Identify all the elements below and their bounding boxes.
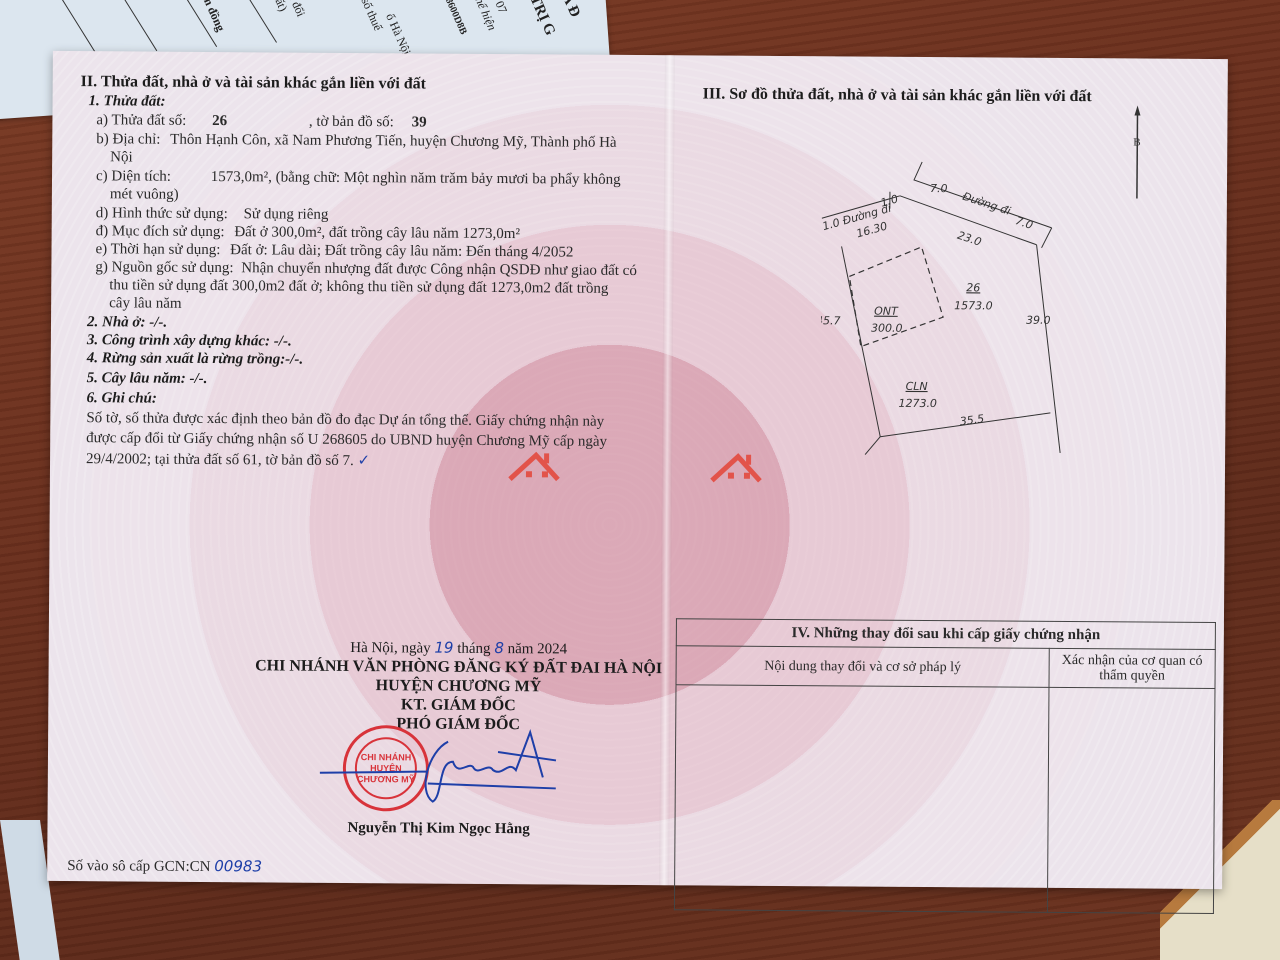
- forest-item: 4. Rừng sản xuất là rừng trồng:-/-.: [87, 350, 303, 369]
- book-number-label: Số vào sô cấp GCN:CN: [67, 858, 210, 875]
- land-use-certificate: II. Thửa đất, nhà ở và tài sản khác gắn …: [47, 51, 1228, 889]
- handwritten-signature-icon: [318, 721, 559, 813]
- address-row: b) Địa chỉ: Thôn Hạnh Côn, xã Nam Phương…: [96, 131, 616, 152]
- certificate-book-number: Số vào sô cấp GCN:CN 00983: [67, 856, 262, 876]
- svg-text:39.0: 39.0: [1026, 314, 1051, 327]
- address-value: Thôn Hạnh Côn, xã Nam Phương Tiến, huyện…: [170, 132, 617, 151]
- plot-number-row: a) Thửa đất số: 26 , tờ bản đồ số: 39: [96, 112, 426, 131]
- change-content-cell: [674, 685, 1049, 913]
- svg-text:300.0: 300.0: [871, 322, 903, 335]
- invoice-fragment: Mã số thuế: [350, 0, 385, 33]
- term-row: e) Thời hạn sử dụng: Đất ở: Lâu dài; Đất…: [95, 241, 573, 261]
- left-page: II. Thửa đất, nhà ở và tài sản khác gắn …: [47, 51, 673, 885]
- invoice-rule: [33, 0, 97, 55]
- invoice-fragment: HÓA Đ: [548, 0, 583, 20]
- perennial-item: 5. Cây lâu năm: -/-.: [87, 370, 208, 388]
- area-value: 1573,0m², (bằng chữ: Một nghìn năm trăm …: [211, 169, 621, 188]
- area-label: c) Diện tích:: [96, 168, 171, 185]
- right-page: III. Sơ đồ thửa đất, nhà ở và tài sản kh…: [667, 55, 1228, 889]
- invoice-rule: [93, 0, 157, 51]
- plot-number-label: a) Thửa đất số:: [96, 112, 186, 129]
- issue-month: 8: [494, 639, 504, 657]
- month-label: tháng: [457, 641, 490, 657]
- issuing-office: CHI NHÁNH VĂN PHÒNG ĐĂNG KÝ ĐẤT ĐAI HÀ N…: [229, 656, 689, 678]
- map-sheet-label: , tờ bản đồ số:: [309, 114, 394, 131]
- term-label: e) Thời hạn sử dụng:: [95, 241, 220, 258]
- usage-form-label: d) Hình thức sử dụng:: [96, 205, 228, 222]
- invoice-fragment: 00DE68600D8B: [431, 0, 469, 36]
- term-value: Đất ở: Lâu dài; Đất trồng cây lâu năm: Đ…: [230, 242, 573, 260]
- invoice-fragment: hàn đồng: [195, 0, 228, 34]
- address-continuation: Nội: [110, 149, 133, 166]
- origin-continuation-1: thu tiền sử dụng đất 300,0m2 đất ở; khôn…: [109, 277, 608, 297]
- issue-day: 19: [434, 639, 453, 657]
- section-II-title: II. Thửa đất, nhà ở và tài sản khác gắn …: [81, 73, 426, 93]
- purpose-value: Đất ở 300,0m², đất trồng cây lâu năm 127…: [234, 224, 520, 242]
- svg-text:1273.0: 1273.0: [898, 397, 937, 410]
- purpose-label: đ) Mục đích sử dụng:: [96, 223, 225, 240]
- svg-text:23.0: 23.0: [956, 229, 983, 249]
- house-logo-watermark-icon: [508, 449, 568, 489]
- invoice-fragment: ố Hà Nội: [382, 11, 414, 57]
- origin-label: g) Nguồn gốc sử dụng:: [95, 259, 233, 276]
- address-label: b) Địa chỉ:: [96, 131, 160, 147]
- column-header-change-content: Nội dung thay đổi và cơ sở pháp lý: [676, 646, 1049, 688]
- area-continuation: mét vuông): [110, 186, 179, 203]
- map-sheet-number: 39: [412, 114, 427, 130]
- authority-confirmation-cell: [1047, 687, 1215, 913]
- other-works-item: 3. Công trình xây dựng khác: -/-.: [87, 332, 292, 350]
- signer-name: Nguyễn Thị Kim Ngọc Hằng: [347, 820, 529, 838]
- svg-text:26: 26: [966, 281, 980, 294]
- notes-heading: 6. Ghi chú:: [86, 390, 157, 407]
- origin-value: Nhận chuyển nhượng đất được Công nhận QS…: [241, 260, 637, 279]
- parcel-diagram: 1.0 Đường đi 1.0 7.0 Đường đi 7.0 16.30 …: [820, 136, 1222, 479]
- invoice-fragment: GIÁ TRỊ G: [512, 0, 558, 38]
- house-item: 2. Nhà ở: -/-.: [87, 314, 167, 332]
- svg-text:7.0: 7.0: [1014, 214, 1035, 232]
- plot-number: 26: [212, 113, 227, 129]
- section-IV-title: IV. Những thay đổi sau khi cấp giấy chứn…: [676, 619, 1215, 650]
- changes-table: IV. Những thay đổi sau khi cấp giấy chứn…: [674, 618, 1216, 914]
- svg-text:45.7: 45.7: [820, 314, 841, 327]
- signature-block: Hà Nội, ngày 19 tháng 8 năm 2024 CHI NHÁ…: [228, 637, 689, 735]
- land-plot-heading: 1. Thửa đất:: [88, 93, 165, 111]
- date-prefix: Hà Nội, ngày: [350, 640, 431, 657]
- origin-continuation-2: cây lâu năm: [109, 295, 182, 313]
- svg-text:Đường đi: Đường đi: [961, 190, 1012, 218]
- section-III-title: III. Sơ đồ thửa đất, nhà ở và tài sản kh…: [703, 85, 1092, 106]
- svg-text:ONT: ONT: [874, 305, 899, 318]
- svg-text:CLN: CLN: [906, 380, 928, 393]
- column-header-authority-confirmation: Xác nhận của cơ quan có thẩm quyền: [1049, 648, 1215, 688]
- svg-text:1573.0: 1573.0: [954, 299, 993, 312]
- svg-text:1.0: 1.0: [879, 192, 899, 209]
- check-mark: ✓: [357, 451, 370, 469]
- usage-form-value: Sử dụng riêng: [244, 206, 329, 223]
- usage-form-row: d) Hình thức sử dụng: Sử dụng riêng: [96, 205, 329, 224]
- invoice-fragment: ri đất): [265, 0, 290, 14]
- svg-text:7.0: 7.0: [930, 182, 948, 195]
- book-number-value: 00983: [214, 857, 262, 875]
- purpose-row: đ) Mục đích sử dụng: Đất ở 300,0m², đất …: [96, 223, 520, 243]
- issue-year: năm 2024: [508, 641, 568, 657]
- svg-text:35.5: 35.5: [959, 412, 985, 428]
- house-logo-watermark-icon: [710, 451, 770, 491]
